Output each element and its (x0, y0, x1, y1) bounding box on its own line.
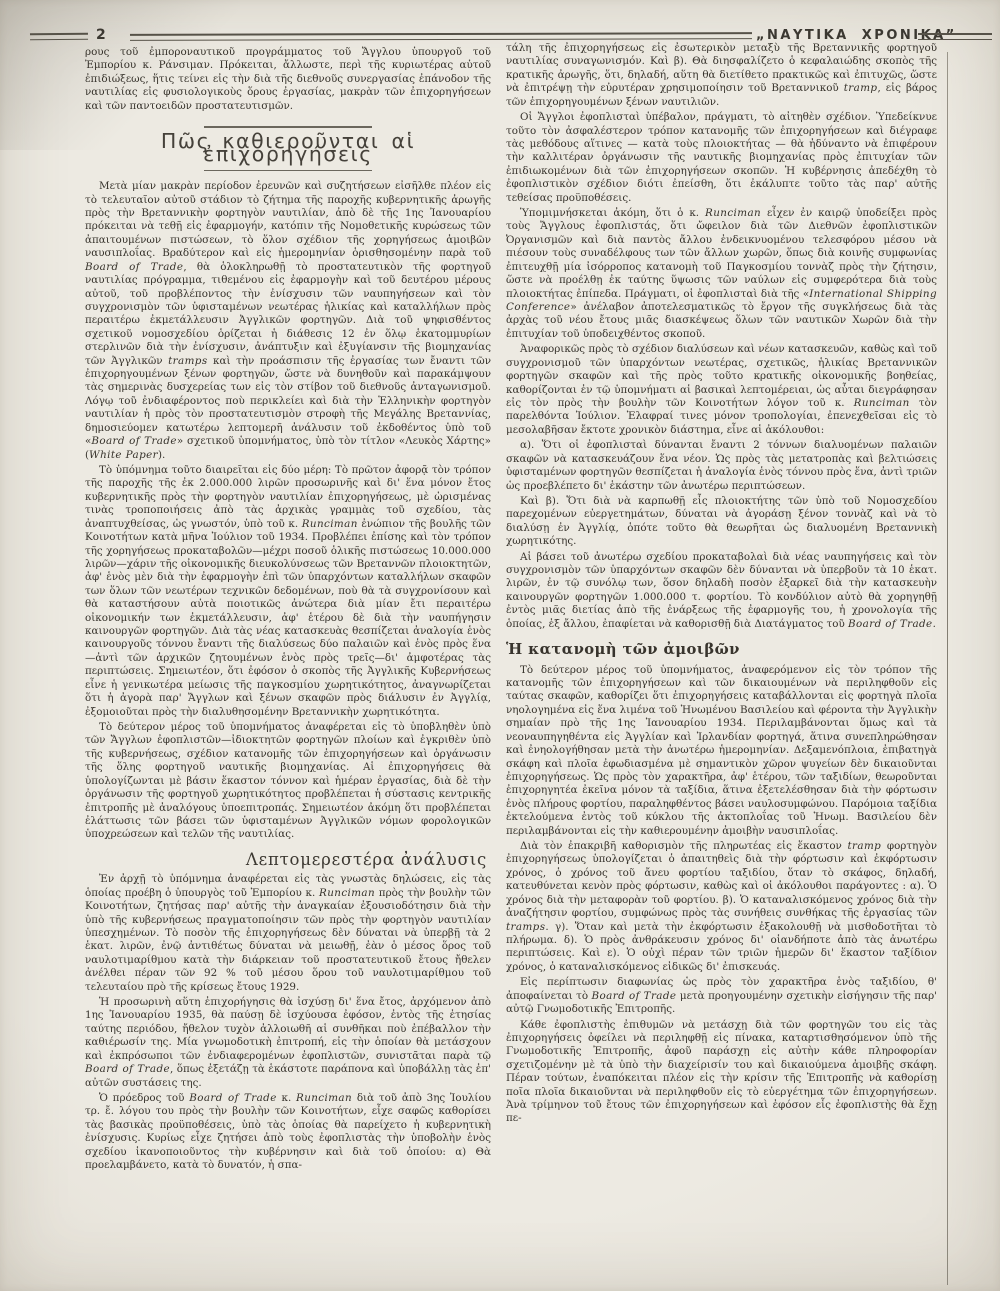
subsection-heading: Λεπτομερεστέρα ἀνάλυσις (85, 853, 487, 866)
body-paragraph: Τὸ δεύτερον μέρος τοῦ ὑπομνήματος, ἀναφε… (506, 664, 937, 838)
body-paragraph: α). Ὅτι οἱ ἐφοπλισταὶ δύνανται ἔναντι 2 … (506, 439, 937, 493)
header-rule-left (30, 33, 88, 40)
body-paragraph: Καὶ β). Ὅτι διὰ νὰ καρπωθῇ εἷς πλοιοκτήτ… (506, 495, 937, 549)
body-paragraph: Ἡ προσωρινὴ αὕτη ἐπιχορήγησις θὰ ἰσχύσῃ … (85, 996, 491, 1090)
latin-phrase: tramps (506, 921, 545, 933)
latin-phrase: Board of Trade (85, 1063, 170, 1075)
latin-phrase: Runciman (319, 887, 375, 899)
latin-phrase: Board of Trade (91, 435, 177, 447)
body-paragraph: Μετὰ μίαν μακρὰν περίοδον ἐρευνῶν καὶ συ… (85, 180, 491, 462)
latin-phrase: White Paper (89, 449, 158, 461)
latin-phrase: Runciman (705, 207, 761, 219)
latin-phrase: Runciman (854, 397, 910, 409)
scanned-magazine-page: 2 „ΝΑΥΤΙΚΑ ΧΡΟΝΙΚΑ” ρους τοῦ ἐμποροναυτι… (0, 0, 1000, 1291)
body-paragraph: Ὑπομιμνήσκεται ἀκόμη, ὅτι ὁ κ. Runciman … (506, 207, 937, 341)
latin-phrase: Board of Trade (85, 261, 183, 273)
journal-title: „ΝΑΥΤΙΚΑ ΧΡΟΝΙΚΑ” (756, 28, 916, 43)
body-paragraph: Κάθε ἐφοπλιστὴς ἐπιθυμῶν νὰ μετάσχῃ διὰ … (506, 1019, 937, 1126)
latin-phrase: Runciman (296, 1092, 352, 1104)
body-paragraph: Διὰ τὸν ἐπακριβῆ καθορισμὸν τῆς πληρωτέα… (506, 840, 937, 974)
heading-rule-bottom (204, 170, 372, 172)
latin-phrase: Board of Trade (592, 990, 677, 1002)
column-right: τάλη τῆς ἐπιχορηγήσεως εἰς ἐσωτερικὸν με… (506, 42, 937, 1128)
column-left: ρους τοῦ ἐμποροναυτικοῦ προγράμματος τοῦ… (85, 46, 491, 1175)
latin-phrase: Runciman (302, 518, 358, 530)
body-paragraph: τάλη τῆς ἐπιχορηγήσεως εἰς ἐσωτερικὸν με… (506, 42, 937, 109)
body-paragraph: Εἰς περίπτωσιν διαφωνίας ὡς πρὸς τὸν χαρ… (506, 976, 937, 1016)
body-paragraph: Αἱ βάσει τοῦ ἀνωτέρω σχεδίου προκαταβολα… (506, 551, 937, 632)
body-paragraph: Οἱ Ἄγγλοι ἐφοπλισταὶ ὑπέβαλον, πράγματι,… (506, 111, 937, 205)
latin-phrase: tramps (168, 355, 207, 367)
main-heading-block: Πῶς καθιεροῦνται αἱ ἐπιχορηγήσεις (85, 126, 491, 171)
subsection-heading: Ἡ κατανομὴ τῶν ἀμοιβῶν (506, 643, 937, 656)
body-paragraph: Τὸ δεύτερον μέρος τοῦ ὑπομνήματος ἀναφέρ… (85, 721, 491, 842)
latin-phrase: Board of Trade (848, 618, 933, 630)
latin-phrase: International Shipping Conference (506, 288, 937, 313)
body-paragraph: Ἐν ἀρχῇ τὸ ὑπόμνημα ἀναφέρεται εἰς τὰς γ… (85, 873, 491, 994)
header-rule-middle (130, 32, 752, 41)
page-number: 2 (96, 27, 126, 43)
latin-phrase: Board of Trade (189, 1092, 277, 1104)
body-paragraph: Ὁ πρόεδρος τοῦ Board of Trade κ. Runcima… (85, 1092, 491, 1173)
header-rule-right (918, 33, 992, 40)
body-paragraph: Τὸ ὑπόμνημα τοῦτο διαιρεῖται εἰς δύο μέρ… (85, 464, 491, 719)
body-paragraph: Ἀναφορικῶς πρὸς τὸ σχέδιον διαλύσεων καὶ… (506, 343, 937, 437)
section-heading: Πῶς καθιεροῦνται αἱ ἐπιχορηγήσεις (85, 135, 491, 162)
right-margin-rule (947, 52, 948, 1285)
latin-phrase: tramp (844, 82, 878, 94)
body-paragraph: ρους τοῦ ἐμποροναυτικοῦ προγράμματος τοῦ… (85, 46, 491, 113)
heading-rule-top (204, 126, 372, 128)
latin-phrase: tramp (847, 840, 881, 852)
